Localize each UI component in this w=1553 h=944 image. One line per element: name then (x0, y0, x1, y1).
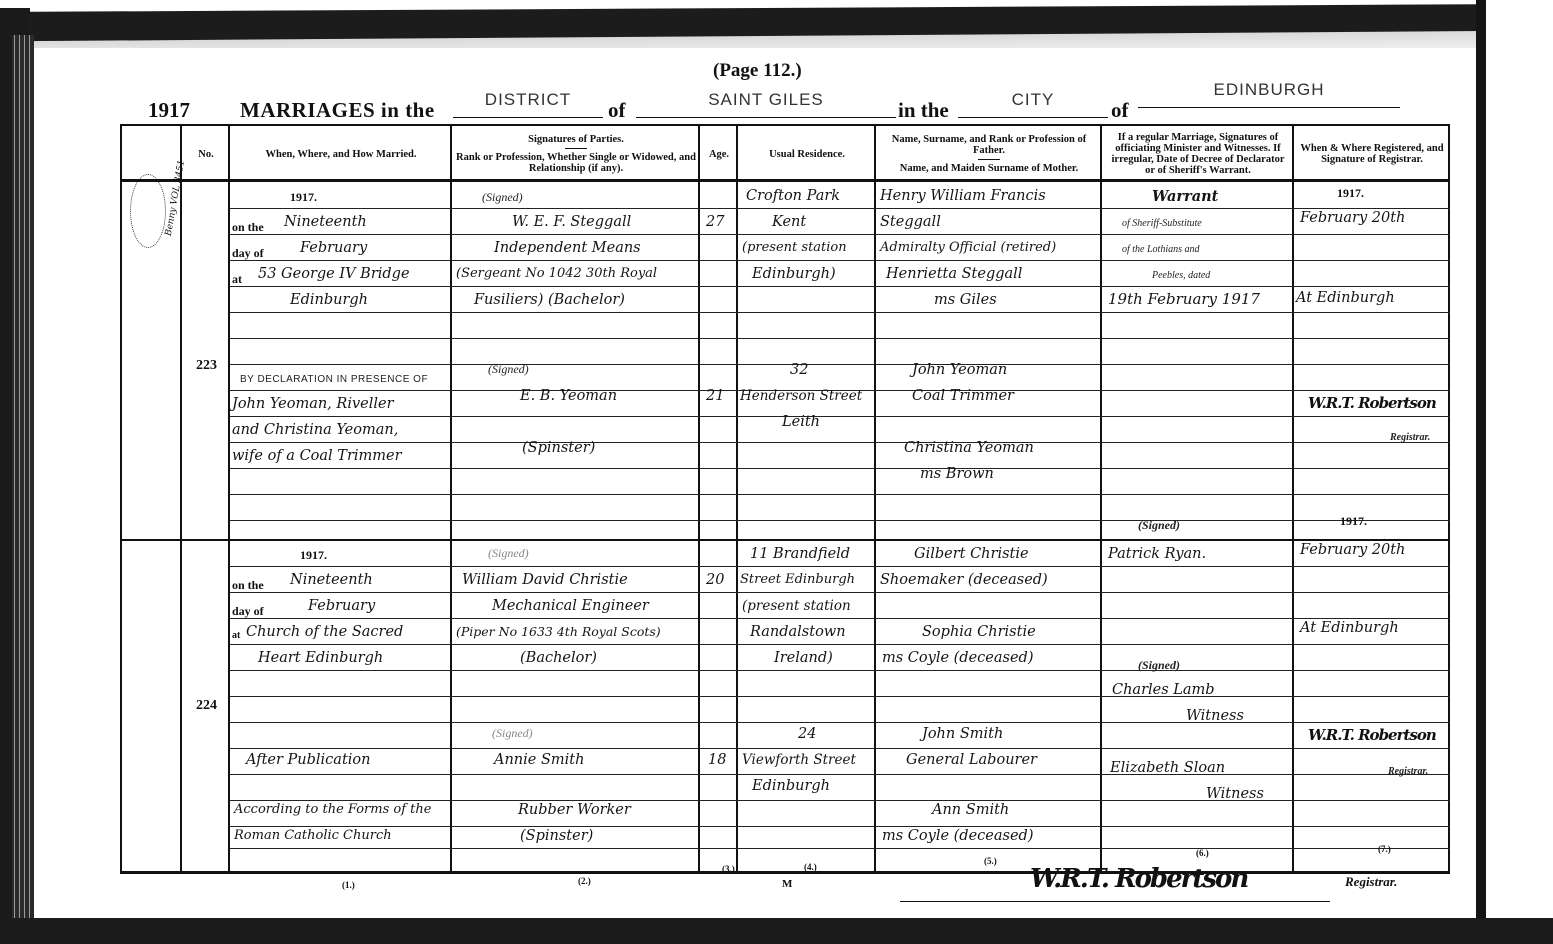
groom-detail-line-1: (Sergeant No 1042 30th Royal (456, 266, 657, 281)
minister-signature: Patrick Ryan. (1108, 546, 1206, 562)
marriage-method-line-3: wife of a Coal Trimmer (232, 448, 402, 464)
ruled-line (230, 670, 1450, 671)
bride-signed-label: (Signed) (488, 362, 529, 377)
on-the-label: on the (232, 578, 264, 593)
groom-occupation: Independent Means (494, 240, 641, 256)
groom-signed-label: (Signed) (488, 546, 529, 561)
registrar-signature: W.R.T. Robertson (1308, 394, 1436, 412)
witness-2-role: Witness (1206, 786, 1264, 802)
at-label: at (232, 630, 240, 641)
header-witnesses-label: If a regular Marriage, Signatures of off… (1106, 132, 1290, 176)
of-label-1: of (608, 98, 626, 123)
marriage-method-line-2: According to the Forms of the (234, 802, 431, 817)
bride-mother-maiden-name: ms Coyle (deceased) (882, 828, 1033, 844)
register-heading: (Page 112.) 1917 MARRIAGES in the DISTRI… (148, 60, 1408, 125)
groom-residence-line-3: (present station (742, 598, 851, 614)
area-type-field: CITY (958, 90, 1108, 118)
registered-year: 1917. (1337, 186, 1364, 201)
header-residence: Usual Residence. (738, 126, 876, 182)
footer-registrar-signature: W.R.T. Robertson (1030, 864, 1247, 894)
marriage-day: Nineteenth (284, 214, 367, 230)
of-label-2: of (1111, 98, 1129, 123)
header-signatures-bottom: Rank or Profession, Whether Single or Wi… (456, 152, 696, 174)
header-divider-rule (978, 159, 1000, 160)
bride-occupation: Rubber Worker (518, 802, 631, 818)
ruled-line (230, 208, 1450, 209)
entry-number-223: 223 (196, 358, 217, 374)
ruled-line (230, 364, 1450, 365)
header-no-label: No. (198, 149, 213, 160)
groom-mother-maiden-name: ms Coyle (deceased) (882, 650, 1033, 666)
marriage-month: February (300, 240, 367, 256)
groom-father-name: Gilbert Christie (914, 546, 1029, 562)
header-parents-top: Name, Surname, and Rank or Profession of… (880, 134, 1098, 156)
day-of-label: day of (232, 604, 264, 619)
column-number-1: (1.) (342, 880, 355, 890)
groom-signed-label: (Signed) (482, 190, 523, 205)
area-name-field: EDINBURGH (1138, 80, 1400, 108)
day-of-label: day of (232, 246, 264, 261)
scan-bottom-edge (0, 918, 1553, 944)
ruled-line (230, 696, 1450, 697)
page-stack-edge (12, 35, 34, 944)
groom-detail-line-2: (Bachelor) (520, 650, 597, 666)
footer-registrar-label: Registrar. (1345, 874, 1397, 890)
groom-signature: William David Christie (462, 572, 628, 588)
groom-detail-line-1: (Piper No 1633 4th Royal Scots) (456, 624, 661, 639)
ruled-line (230, 566, 1450, 567)
ruled-line (230, 234, 1450, 235)
warrant-label: Warrant (1152, 188, 1218, 205)
bride-father-name: John Yeoman (912, 362, 1007, 378)
groom-father-surname: Steggall (880, 214, 941, 230)
bride-residence-line-1: 32 (790, 362, 808, 378)
at-label: at (232, 272, 242, 287)
ruled-line (230, 644, 1450, 645)
bride-residence-line-1: 24 (798, 726, 816, 742)
header-registered-label: When & Where Registered, and Signature o… (1298, 143, 1446, 165)
header-registered: When & Where Registered, and Signature o… (1294, 126, 1450, 182)
page-mark: M (782, 878, 792, 890)
on-the-label: on the (232, 220, 264, 235)
ruled-line (230, 592, 1450, 593)
bride-signed-label: (Signed) (492, 726, 533, 741)
ruled-line (230, 748, 1450, 749)
ruled-line (230, 260, 1450, 261)
warrant-date: 19th February 1917 (1108, 290, 1260, 308)
registered-date: February 20th (1300, 210, 1405, 226)
footer-signature-line: W.R.T. Robertson (900, 862, 1330, 902)
registered-date: February 20th (1300, 542, 1405, 558)
header-age: Age. (700, 126, 738, 182)
header-age-label: Age. (709, 149, 729, 160)
registered-place: At Edinburgh (1300, 620, 1399, 636)
marriage-place-line-1: 53 George IV Bridge (258, 266, 410, 282)
bride-residence-line-2: Henderson Street (740, 388, 862, 404)
groom-residence-line-2: Street Edinburgh (740, 572, 855, 587)
groom-mother-name: Sophia Christie (922, 624, 1036, 640)
header-signatures: Signatures of Parties. Rank or Professio… (452, 126, 700, 182)
entry-separator (122, 539, 1450, 541)
groom-residence-line-4: Randalstown (750, 624, 846, 640)
ruled-line (230, 800, 1450, 801)
district-name-field: SAINT GILES (636, 90, 896, 118)
bride-residence-line-3: Leith (782, 414, 820, 430)
table-header-row: No. When, Where, and How Married. Signat… (122, 126, 1448, 182)
marriage-method-line-2: and Christina Yeoman, (232, 422, 398, 438)
marriage-method-label: BY DECLARATION IN PRESENCE OF (240, 374, 428, 385)
bride-father-name: John Smith (922, 726, 1003, 742)
registered-place: At Edinburgh (1296, 290, 1395, 306)
book-gutter (1476, 0, 1486, 944)
ruled-line (230, 848, 1450, 849)
groom-occupation: Mechanical Engineer (492, 598, 649, 614)
marriage-year: 1917. (300, 548, 327, 563)
header-when-where-label: When, Where, and How Married. (266, 149, 417, 160)
registrar-label: Registrar. (1388, 766, 1428, 777)
groom-signature: W. E. F. Steggall (512, 214, 631, 230)
groom-residence-line-3: (present station (742, 240, 847, 255)
marriage-place-line-2: Heart Edinburgh (258, 650, 383, 666)
bride-mother-name: Ann Smith (932, 802, 1009, 818)
groom-age: 20 (706, 572, 724, 588)
groom-residence-line-2: Kent (772, 214, 806, 230)
groom-father-occupation: Admiralty Official (retired) (880, 240, 1056, 255)
warrant-line-3: of the Lothians and (1122, 244, 1200, 255)
ruled-line (230, 494, 1450, 495)
minister-signed-label: (Signed) (1138, 518, 1180, 533)
marriage-day: Nineteenth (290, 572, 373, 588)
register-title: MARRIAGES in the (240, 98, 435, 123)
column-number-6: (6.) (1196, 848, 1209, 858)
marriage-register-table: Benny VOL 3451 No. When, Where, and How … (120, 124, 1450, 874)
ruled-line (230, 312, 1450, 313)
ruled-line (230, 722, 1450, 723)
witness-1-role: Witness (1186, 708, 1244, 724)
groom-residence-line-4: Edinburgh) (752, 266, 836, 282)
bride-status: (Spinster) (520, 828, 593, 844)
column-no (182, 126, 230, 871)
register-year: 1917 (148, 98, 190, 123)
witness-2-signature: Elizabeth Sloan (1110, 760, 1225, 776)
groom-father-occupation: Shoemaker (deceased) (880, 572, 1048, 588)
marriage-year: 1917. (290, 190, 317, 205)
warrant-line-2: of Sheriff-Substitute (1122, 218, 1202, 229)
registered-year: 1917. (1340, 514, 1367, 529)
header-when-where: When, Where, and How Married. (230, 126, 452, 182)
marriage-method-line-3: Roman Catholic Church (234, 828, 392, 843)
ruled-line (230, 442, 1450, 443)
margin-stamp: Benny VOL 3451 (130, 174, 166, 248)
marriage-month: February (308, 598, 375, 614)
in-the-label: in the (898, 98, 949, 123)
bride-residence-line-2: Viewforth Street (742, 752, 856, 768)
header-divider-rule (565, 148, 587, 149)
bride-status: (Spinster) (522, 440, 595, 456)
groom-age: 27 (706, 214, 724, 230)
column-number-7: (7.) (1378, 844, 1391, 854)
bride-age: 21 (706, 388, 724, 404)
ruled-line (230, 520, 1450, 521)
marriage-method-line-1: John Yeoman, Riveller (232, 396, 394, 412)
groom-mother-maiden-name: ms Giles (934, 292, 997, 308)
groom-residence-line-1: 11 Brandfield (750, 546, 850, 562)
groom-residence-line-5: Ireland) (774, 650, 833, 666)
column-number-4: (4.) (804, 862, 817, 872)
bride-mother-maiden-name: ms Brown (920, 466, 994, 482)
witness-1-signature: Charles Lamb (1112, 682, 1215, 698)
header-signatures-top: Signatures of Parties. (528, 134, 624, 145)
header-parents-bottom: Name, and Maiden Surname of Mother. (900, 163, 1078, 174)
witness-signed-label: (Signed) (1138, 658, 1180, 673)
ruled-line (230, 416, 1450, 417)
ruled-line (230, 286, 1450, 287)
entry-number-224: 224 (196, 698, 217, 714)
ruled-line (230, 468, 1450, 469)
registrar-label: Registrar. (1390, 432, 1430, 443)
ruled-line (230, 826, 1450, 827)
header-residence-label: Usual Residence. (769, 149, 845, 160)
bride-father-occupation: Coal Trimmer (912, 388, 1014, 404)
bride-residence-line-3: Edinburgh (752, 778, 830, 794)
warrant-line-4: Peebles, dated (1152, 270, 1210, 281)
marriage-method-line-1: After Publication (246, 752, 370, 768)
district-type-field: DISTRICT (453, 90, 603, 118)
bride-age: 18 (708, 752, 726, 768)
facing-page (1486, 0, 1553, 944)
page-number: (Page 112.) (713, 60, 802, 82)
marriage-place-line-2: Edinburgh (290, 292, 368, 308)
marriage-place-line-1: Church of the Sacred (246, 624, 403, 640)
header-no: No. (182, 126, 230, 182)
bride-father-occupation: General Labourer (906, 752, 1037, 768)
bride-mother-name: Christina Yeoman (904, 440, 1034, 456)
groom-detail-line-2: Fusiliers) (Bachelor) (474, 292, 625, 308)
column-number-3: (3.) (722, 864, 735, 874)
registrar-signature: W.R.T. Robertson (1308, 726, 1436, 744)
ruled-line (230, 338, 1450, 339)
bride-signature: Annie Smith (494, 752, 584, 768)
groom-mother-name: Henrietta Steggall (886, 266, 1022, 282)
header-witnesses: If a regular Marriage, Signatures of off… (1102, 126, 1294, 182)
groom-father-name: Henry William Francis (880, 188, 1046, 204)
groom-residence-line-1: Crofton Park (746, 188, 840, 204)
header-parents: Name, Surname, and Rank or Profession of… (876, 126, 1102, 182)
column-number-2: (2.) (578, 876, 591, 886)
ruled-line (230, 618, 1450, 619)
bride-signature: E. B. Yeoman (520, 388, 617, 404)
ruled-line (230, 774, 1450, 775)
